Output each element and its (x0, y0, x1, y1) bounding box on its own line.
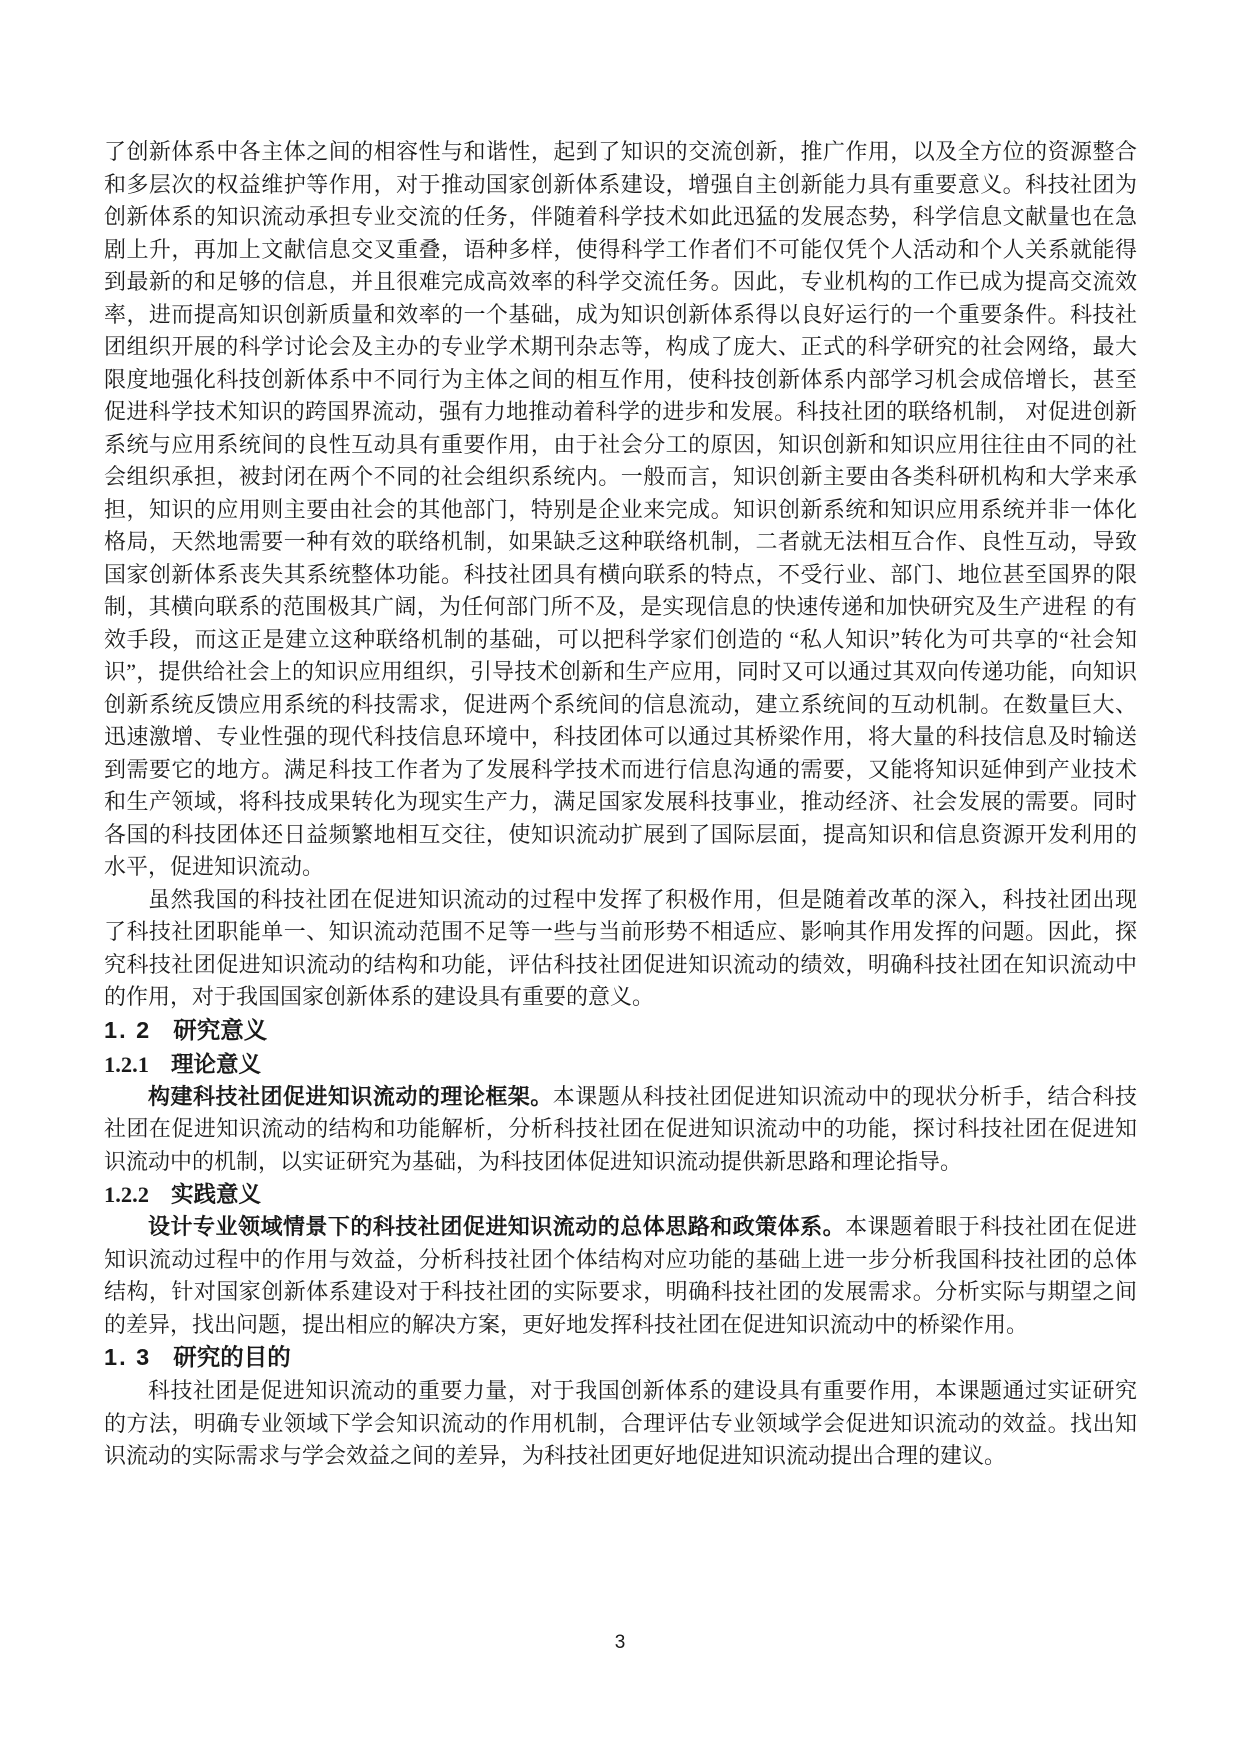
section-title: 研究的目的 (173, 1344, 291, 1370)
section-title: 理论意义 (171, 1052, 261, 1077)
section-number: 1. 2 (104, 1017, 151, 1043)
paragraph-continuation: 了创新体系中各主体之间的相容性与和谐性，起到了知识的交流创新，推广作用，以及全方… (104, 136, 1137, 884)
page-content: 了创新体系中各主体之间的相容性与和谐性，起到了知识的交流创新，推广作用，以及全方… (104, 136, 1137, 1473)
section-heading-1-2-2: 1.2.2实践意义 (104, 1178, 1137, 1211)
section-title: 研究意义 (173, 1017, 267, 1043)
section-number: 1.2.1 (104, 1052, 149, 1077)
document-page: 了创新体系中各主体之间的相容性与和谐性，起到了知识的交流创新，推广作用，以及全方… (0, 0, 1240, 1753)
paragraph-lead-sentence: 构建科技社团促进知识流动的理论框架。 (148, 1084, 553, 1109)
paragraph-theoretical-significance: 构建科技社团促进知识流动的理论框架。本课题从科技社团促进知识流动中的现状分析手，… (104, 1081, 1137, 1179)
section-number: 1. 3 (104, 1344, 151, 1370)
section-heading-1-3: 1. 3研究的目的 (104, 1341, 1137, 1375)
paragraph-lead-sentence: 设计专业领域情景下的科技社团促进知识流动的总体思路和政策体系。 (148, 1214, 845, 1239)
section-heading-1-2-1: 1.2.1理论意义 (104, 1048, 1137, 1081)
page-number: 3 (615, 1632, 626, 1653)
paragraph-research-purpose: 科技社团是促进知识流动的重要力量，对于我国创新体系的建设具有重要作用，本课题通过… (104, 1375, 1137, 1473)
section-number: 1.2.2 (104, 1182, 149, 1207)
section-heading-1-2: 1. 2研究意义 (104, 1014, 1137, 1048)
section-title: 实践意义 (171, 1182, 261, 1207)
page-footer: 3 (0, 1632, 1240, 1654)
paragraph-problem-statement: 虽然我国的科技社团在促进知识流动的过程中发挥了积极作用，但是随着改革的深入，科技… (104, 884, 1137, 1014)
paragraph-practical-significance: 设计专业领域情景下的科技社团促进知识流动的总体思路和政策体系。本课题着眼于科技社… (104, 1211, 1137, 1341)
